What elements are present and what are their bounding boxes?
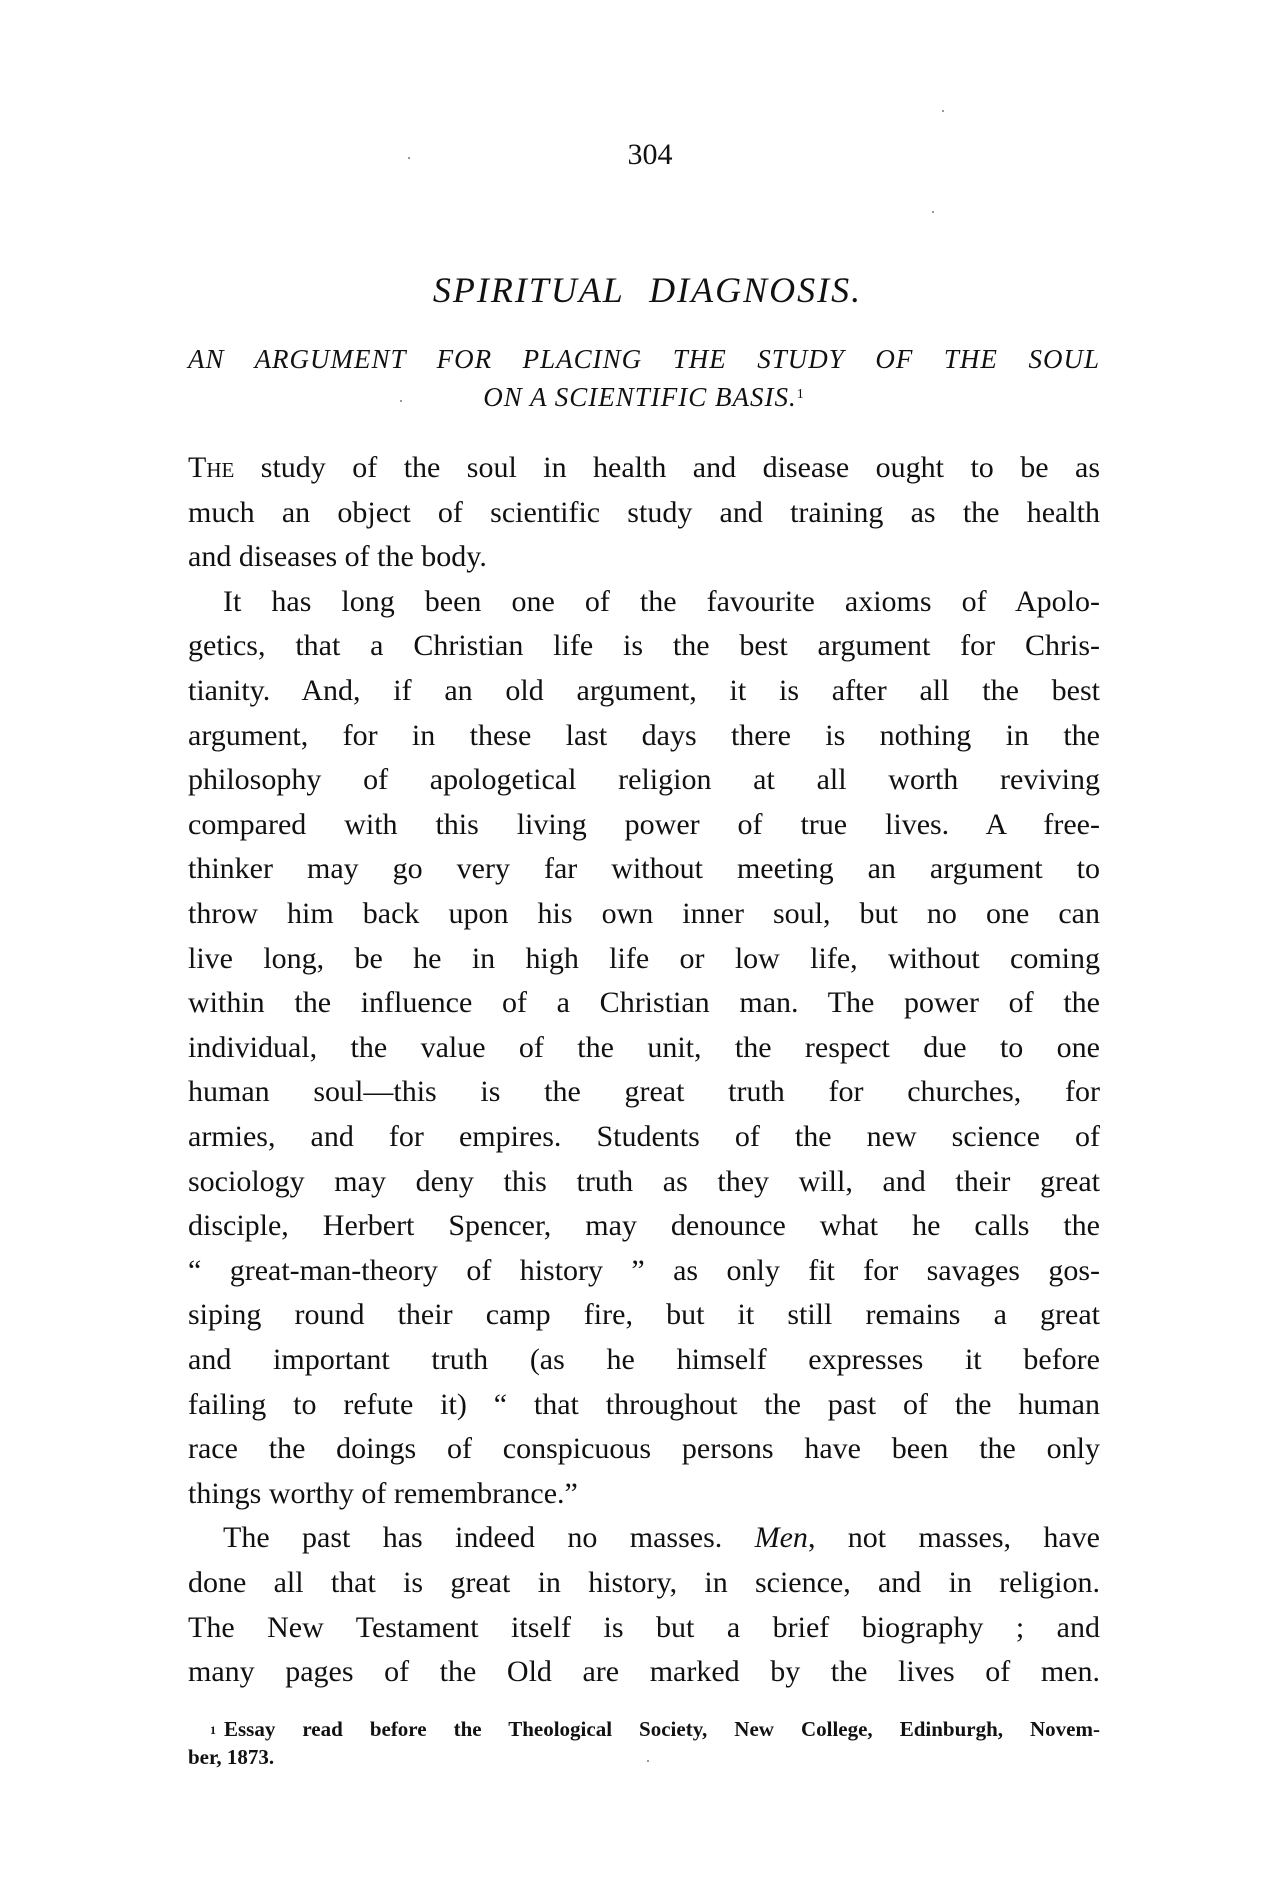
text-line: and diseases of the body. xyxy=(188,535,1100,579)
text-line: disciple, Herbert Spencer, may denounce … xyxy=(188,1204,1100,1248)
text-line: sociology may deny this truth as they wi… xyxy=(188,1160,1100,1204)
chapter-title: SPIRITUAL DIAGNOSIS. xyxy=(0,268,1280,312)
text-line: argument, for in these last days there i… xyxy=(188,714,1100,758)
footnote-line-2: ber, 1873. xyxy=(188,1743,1100,1771)
chapter-subtitle-line-2: ON A SCIENTIFIC BASIS.1 xyxy=(188,380,1100,414)
footnote-reference: 1 xyxy=(797,387,805,402)
text-line: philosophy of apologetical religion at a… xyxy=(188,758,1100,802)
chapter-subtitle-line-1: AN ARGUMENT FOR PLACING THE STUDY OF THE… xyxy=(188,342,1100,376)
text-line: live long, be he in high life or low lif… xyxy=(188,937,1100,981)
text-line: individual, the value of the unit, the r… xyxy=(188,1026,1100,1070)
text-line: tianity. And, if an old argument, it is … xyxy=(188,669,1100,713)
scan-speck xyxy=(400,400,402,402)
text-line: “ great-man-theory of history ” as only … xyxy=(188,1249,1100,1293)
text-line: The past has indeed no masses. Men, not … xyxy=(223,1516,1100,1560)
text-line: and important truth (as he himself expre… xyxy=(188,1338,1100,1382)
footnote-marker: 1 xyxy=(210,1723,216,1737)
text-line: getics, that a Christian life is the bes… xyxy=(188,624,1100,668)
subtitle-line-2-text: ON A SCIENTIFIC BASIS. xyxy=(483,382,797,412)
text-line: thinker may go very far without meeting … xyxy=(188,847,1100,891)
scan-speck xyxy=(932,211,934,213)
text-line: things worthy of remembrance.” xyxy=(188,1472,1100,1516)
text-line: siping round their camp fire, but it sti… xyxy=(188,1293,1100,1337)
text-line: much an object of scientific study and t… xyxy=(188,491,1100,535)
text-line: compared with this living power of true … xyxy=(188,803,1100,847)
page-number: 304 xyxy=(0,137,1280,173)
text-line: human soul—this is the great truth for c… xyxy=(188,1070,1100,1114)
scan-speck xyxy=(942,110,944,112)
drop-smallcaps-lead: The xyxy=(188,451,234,484)
footnote-line-1: 1Essay read before the Theological Socie… xyxy=(210,1715,1100,1743)
text-line: done all that is great in history, in sc… xyxy=(188,1561,1100,1605)
scan-speck xyxy=(408,157,410,159)
text-line: throw him back upon his own inner soul, … xyxy=(188,892,1100,936)
text-line: armies, and for empires. Students of the… xyxy=(188,1115,1100,1159)
text-line: failing to refute it) “ that throughout … xyxy=(188,1383,1100,1427)
italic-emphasis: Men xyxy=(755,1521,808,1554)
text-line: The study of the soul in health and dise… xyxy=(188,446,1100,490)
scan-speck xyxy=(647,1760,649,1762)
text-line: The New Testament itself is but a brief … xyxy=(188,1606,1100,1650)
book-page: 304 SPIRITUAL DIAGNOSIS. AN ARGUMENT FOR… xyxy=(0,0,1280,1902)
text-line: many pages of the Old are marked by the … xyxy=(188,1650,1100,1694)
text-line: It has long been one of the favourite ax… xyxy=(223,580,1100,624)
text-line: race the doings of conspicuous persons h… xyxy=(188,1427,1100,1471)
text-line: within the influence of a Christian man.… xyxy=(188,981,1100,1025)
